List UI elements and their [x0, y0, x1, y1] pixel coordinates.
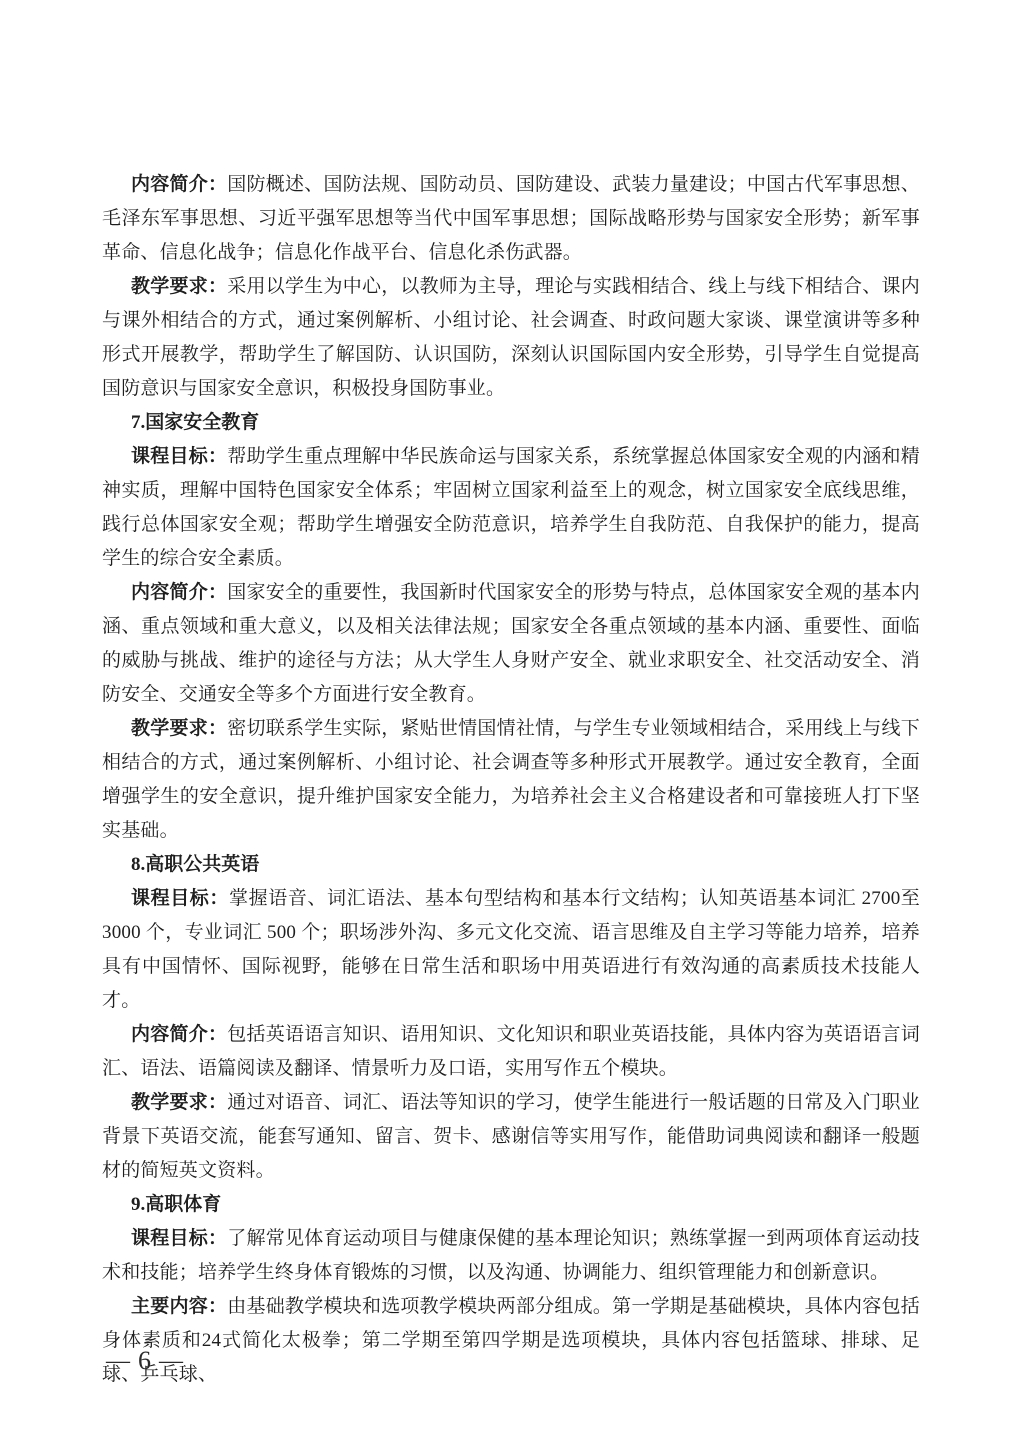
section-heading: 8.高职公共英语 — [102, 848, 920, 882]
paragraph: 教学要求：采用以学生为中心，以教师为主导，理论与实践相结合、线上与线下相结合、课… — [102, 270, 920, 406]
paragraph: 课程目标：帮助学生重点理解中华民族命运与国家关系，系统掌握总体国家安全观的内涵和… — [102, 440, 920, 576]
paragraph-label: 教学要求： — [131, 276, 227, 297]
document-body: 内容简介：国防概述、国防法规、国防动员、国防建设、武装力量建设；中国古代军事思想… — [102, 168, 920, 1392]
page-number: 6 — [138, 1346, 151, 1376]
paragraph: 内容简介：包括英语语言知识、语用知识、文化知识和职业英语技能，具体内容为英语语言… — [102, 1018, 920, 1086]
paragraph-label: 内容简介： — [131, 174, 227, 195]
footer-dash-left: — — [106, 1346, 130, 1376]
paragraph: 教学要求：密切联系学生实际，紧贴世情国情社情，与学生专业领域相结合，采用线上与线… — [102, 712, 920, 848]
paragraph: 课程目标：了解常见体育运动项目与健康保健的基本理论知识；熟练掌握一到两项体育运动… — [102, 1222, 920, 1290]
paragraph: 主要内容：由基础教学模块和选项教学模块两部分组成。第一学期是基础模块，具体内容包… — [102, 1290, 920, 1392]
section-heading: 7.国家安全教育 — [102, 406, 920, 440]
paragraph-label: 课程目标： — [131, 888, 229, 909]
paragraph-label: 教学要求： — [131, 1092, 227, 1113]
section-heading: 9.高职体育 — [102, 1188, 920, 1222]
paragraph-label: 课程目标： — [131, 1228, 227, 1249]
paragraph: 教学要求：通过对语音、词汇、语法等知识的学习，使学生能进行一般话题的日常及入门职… — [102, 1086, 920, 1188]
paragraph-label: 课程目标： — [131, 446, 227, 467]
paragraph: 内容简介：国家安全的重要性，我国新时代国家安全的形势与特点，总体国家安全观的基本… — [102, 576, 920, 712]
paragraph-label: 主要内容： — [131, 1296, 227, 1317]
page-footer: — 6 — — [106, 1346, 183, 1376]
document-page: 内容简介：国防概述、国防法规、国防动员、国防建设、武装力量建设；中国古代军事思想… — [0, 0, 1024, 1448]
paragraph: 课程目标：掌握语音、词汇语法、基本句型结构和基本行文结构；认知英语基本词汇 27… — [102, 882, 920, 1018]
footer-dash-right: — — [159, 1346, 183, 1376]
paragraph-label: 内容简介： — [131, 582, 227, 603]
paragraph-label: 教学要求： — [131, 718, 227, 739]
paragraph: 内容简介：国防概述、国防法规、国防动员、国防建设、武装力量建设；中国古代军事思想… — [102, 168, 920, 270]
paragraph-label: 内容简介： — [131, 1024, 227, 1045]
